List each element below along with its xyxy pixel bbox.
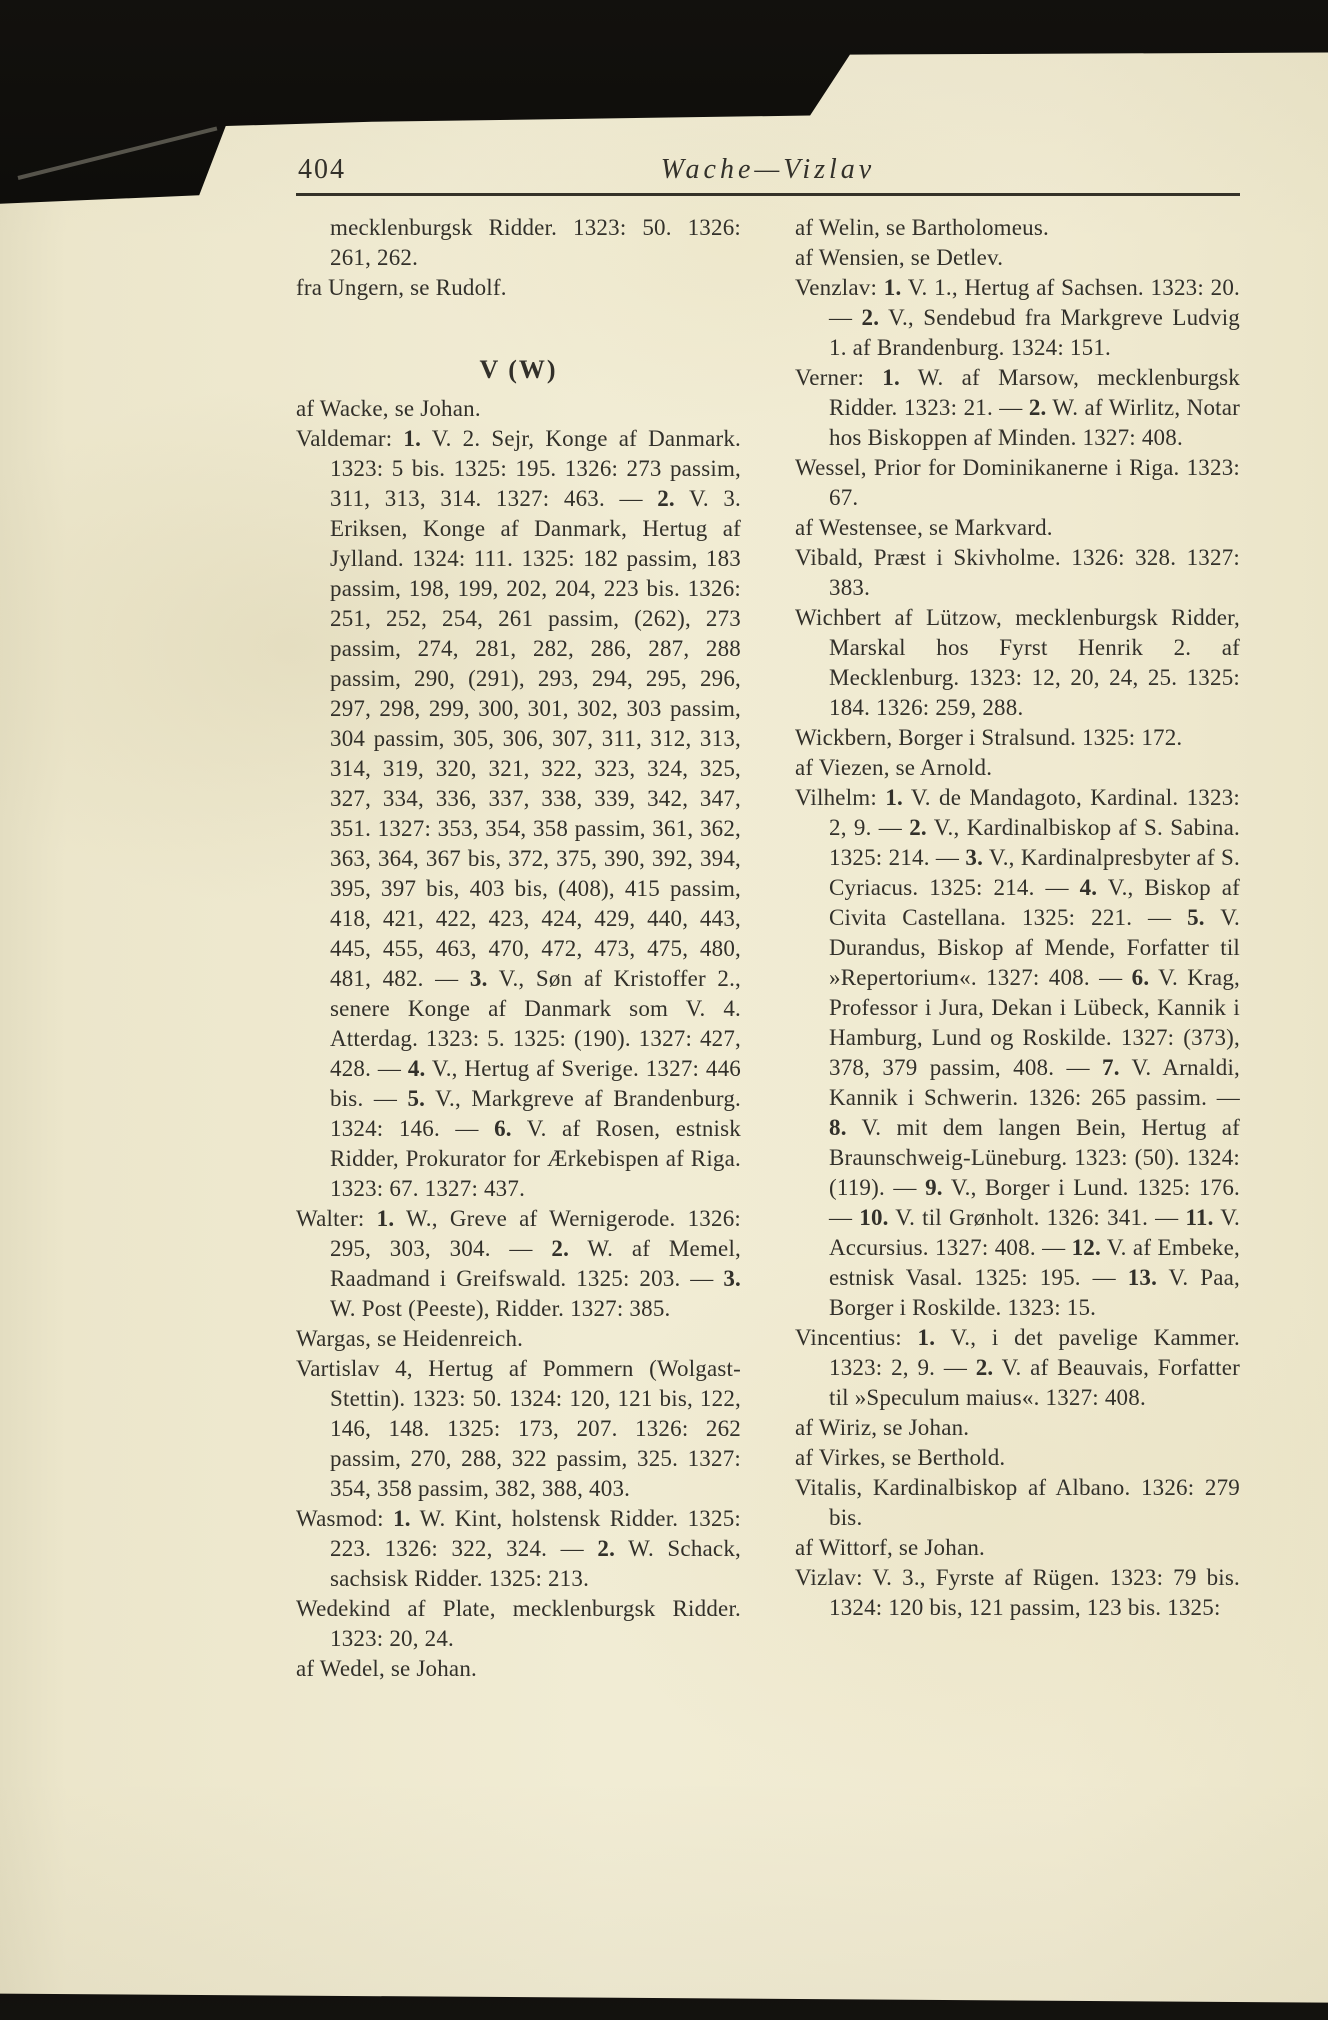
index-entry: Wessel, Prior for Dominikanerne i Riga. … <box>795 453 1240 513</box>
index-entry: mecklenburgsk Ridder. 1323: 50. 1326: 26… <box>296 213 741 273</box>
index-entry: af Wacke, se Johan. <box>296 394 741 424</box>
running-header: Wache—Vizlav <box>296 154 1240 186</box>
index-entry: fra Ungern, se Rudolf. <box>296 273 741 303</box>
index-entry: Wedekind af Plate, mecklenburgsk Ridder.… <box>296 1594 741 1654</box>
index-entry: Vilhelm: 1. V. de Mandagoto, Kardinal. 1… <box>795 783 1240 1323</box>
index-columns: mecklenburgsk Ridder. 1323: 50. 1326: 26… <box>296 213 1240 1684</box>
index-entry: af Wedel, se Johan. <box>296 1654 741 1684</box>
index-entry: Vibald, Præst i Skivholme. 1326: 328. 13… <box>795 543 1240 603</box>
index-entry: Wasmod: 1. W. Kint, holstensk Ridder. 13… <box>296 1504 741 1594</box>
index-entry: af Wittorf, se Johan. <box>795 1533 1240 1563</box>
scan-edge-bottom <box>0 1990 1328 2020</box>
index-entry: af Viezen, se Arnold. <box>795 753 1240 783</box>
index-entry: Vizlav: V. 3., Fyrste af Rügen. 1323: 79… <box>795 1563 1240 1623</box>
right-column: af Welin, se Bartholomeus.af Wensien, se… <box>795 213 1240 1684</box>
index-entry: Wichbert af Lützow, mecklenburgsk Ridder… <box>795 603 1240 723</box>
index-entry: af Wensien, se Detlev. <box>795 243 1240 273</box>
index-entry: af Westensee, se Markvard. <box>795 513 1240 543</box>
index-entry: Walter: 1. W., Greve af Wernigerode. 132… <box>296 1204 741 1324</box>
index-entry: Verner: 1. W. af Marsow, mecklenburgsk R… <box>795 363 1240 453</box>
index-entry: af Welin, se Bartholomeus. <box>795 213 1240 243</box>
index-entry: Vitalis, Kardinalbiskop af Albano. 1326:… <box>795 1473 1240 1533</box>
left-column: mecklenburgsk Ridder. 1323: 50. 1326: 26… <box>296 213 741 1684</box>
index-entry: Wargas, se Heidenreich. <box>296 1324 741 1354</box>
index-entry: Vincentius: 1. V., i det pavelige Kammer… <box>795 1323 1240 1413</box>
page-header: 404 Wache—Vizlav <box>296 146 1240 188</box>
index-entry: Venzlav: 1. V. 1., Hertug af Sachsen. 13… <box>795 273 1240 363</box>
index-entry: Vartislav 4, Hertug af Pommern (Wolgast-… <box>296 1354 741 1504</box>
index-entry: Wickbern, Borger i Stralsund. 1325: 172. <box>795 723 1240 753</box>
book-page-paper: 404 Wache—Vizlav mecklenburgsk Ridder. 1… <box>0 0 1328 2020</box>
text-block: 404 Wache—Vizlav mecklenburgsk Ridder. 1… <box>296 146 1240 1684</box>
index-entry: Valdemar: 1. V. 2. Sejr, Konge af Danmar… <box>296 424 741 1204</box>
section-heading: V (W) <box>296 355 741 385</box>
header-rule <box>296 193 1240 196</box>
index-entry: af Wiriz, se Johan. <box>795 1413 1240 1443</box>
index-entry: af Virkes, se Berthold. <box>795 1443 1240 1473</box>
